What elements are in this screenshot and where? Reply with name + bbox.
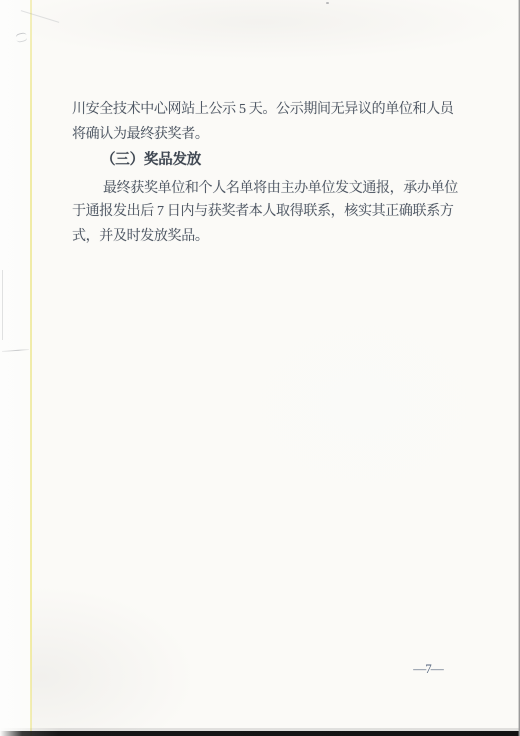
body-text-line: 于通报发出后 7 日内与获奖者本人取得联系，核实其正确联系方 [72, 203, 454, 221]
scan-edge-bottom [0, 731, 520, 736]
body-text-line: 最终获奖单位和个人名单将由主办单位发文通报，承办单位 [103, 180, 458, 198]
left-edge-hairline [2, 270, 3, 340]
scan-speck [326, 2, 329, 4]
body-text-line: 川安全技术中心网站上公示 5 天。公示期间无异议的单位和人员 [72, 101, 454, 119]
body-text-line: 将确认为最终获奖者。 [72, 126, 209, 144]
page-number: —7— [404, 661, 452, 677]
page-left-margin-strip [0, 0, 31, 736]
fold-crease-line [30, 0, 32, 736]
scanned-document-page: 川安全技术中心网站上公示 5 天。公示期间无异议的单位和人员 将确认为最终获奖者… [0, 0, 520, 736]
body-text-line: 式，并及时发放奖品。 [72, 228, 209, 246]
section-heading: （三）奖品发放 [101, 151, 201, 170]
